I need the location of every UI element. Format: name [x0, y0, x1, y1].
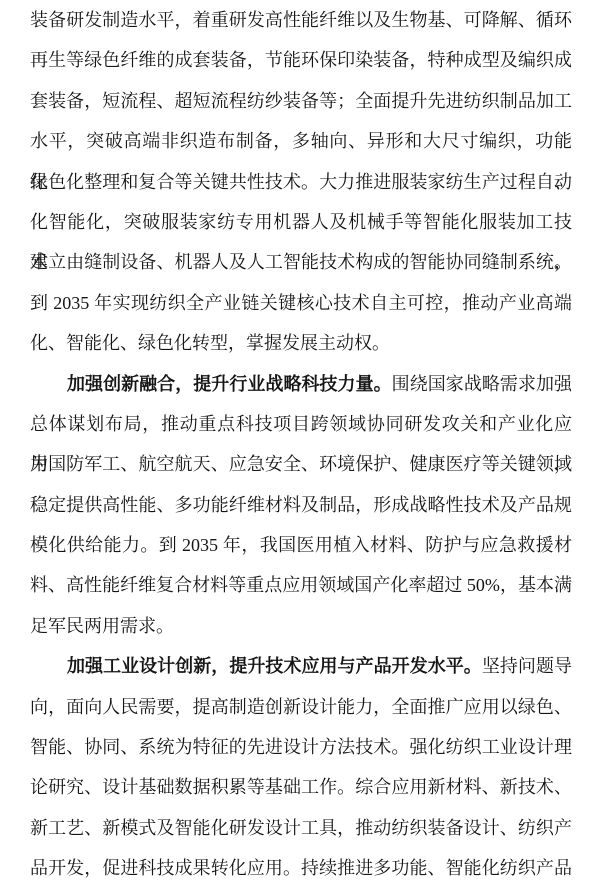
text-line: 加强工业设计创新，提升技术应用与产品开发水平。坚持问题导	[30, 646, 572, 686]
text-line: 稳定提供高性能、多功能纤维材料及制品，形成战略性技术及产品规	[30, 485, 572, 525]
text-line: 论研究、设计基础数据积累等基础工作。综合应用新材料、新技术、	[30, 767, 572, 807]
text-line: 向，面向人民需要，提高制造创新设计能力，全面推广应用以绿色、	[30, 687, 572, 727]
text-run: 到 2035 年实现纺织全产业链关键核心技术自主可控，推动产业高端	[30, 293, 572, 313]
text-line: 智能、协同、系统为特征的先进设计方法技术。强化纺织工业设计理	[30, 727, 572, 767]
text-line: 总体谋划布局，推动重点科技项目跨领域协同研发攻关和产业化应用，	[30, 404, 572, 444]
text-run: 模化供给能力。到 2035 年，我国医用植入材料、防护与应急救援材	[30, 535, 572, 555]
text-run: 向，面向人民需要，提高制造创新设计能力，全面推广应用以绿色、	[30, 697, 572, 717]
text-run: 再生等绿色纤维的成套装备，节能环保印染装备，特种成型及编织成	[30, 50, 572, 70]
document-body: 装备研发制造水平，着重研发高性能纤维以及生物基、可降解、循环再生等绿色纤维的成套…	[30, 0, 572, 889]
bold-lead-run: 加强工业设计创新，提升技术应用与产品开发水平。	[67, 656, 482, 676]
text-run: 智能、协同、系统为特征的先进设计方法技术。强化纺织工业设计理	[30, 737, 572, 757]
text-run: 围绕国家战略需求加强	[392, 374, 572, 394]
text-run: 装备研发制造水平，着重研发高性能纤维以及生物基、可降解、循环	[30, 10, 572, 30]
text-line: 化、智能化、绿色化转型，掌握发展主动权。	[30, 323, 572, 363]
text-run: 稳定提供高性能、多功能纤维材料及制品，形成战略性技术及产品规	[30, 495, 572, 515]
text-line: 化智能化，突破服装家纺专用机器人及机械手等智能化服装加工技术，	[30, 202, 572, 242]
document-page: 装备研发制造水平，着重研发高性能纤维以及生物基、可降解、循环再生等绿色纤维的成套…	[0, 0, 600, 891]
text-line: 加强创新融合，提升行业战略科技力量。围绕国家战略需求加强	[30, 364, 572, 404]
text-line: 绿色化整理和复合等关键共性技术。大力推进服装家纺生产过程自动	[30, 162, 572, 202]
text-line: 料、高性能纤维复合材料等重点应用领域国产化率超过 50%，基本满	[30, 565, 572, 605]
text-run: 坚持问题导	[482, 656, 572, 676]
text-line: 装备研发制造水平，着重研发高性能纤维以及生物基、可降解、循环	[30, 0, 572, 40]
text-line: 水平，突破高端非织造布制备，多轴向、异形和大尺寸编织，功能化、	[30, 121, 572, 161]
text-run: 绿色化整理和复合等关键共性技术。大力推进服装家纺生产过程自动	[30, 172, 572, 192]
text-line: 为国防军工、航空航天、应急安全、环境保护、健康医疗等关键领域	[30, 444, 572, 484]
bold-lead-run: 加强创新融合，提升行业战略科技力量。	[67, 374, 392, 394]
text-line: 新工艺、新模式及智能化研发设计工具，推动纺织装备设计、纺织产	[30, 808, 572, 848]
text-run: 品开发，促进科技成果转化应用。持续推进多功能、智能化纺织产品	[30, 858, 572, 878]
text-run: 料、高性能纤维复合材料等重点应用领域国产化率超过 50%，基本满	[30, 575, 572, 595]
text-run: 套装备，短流程、超短流程纺纱装备等；全面提升先进纺织制品加工	[30, 91, 572, 111]
text-run: 建立由缝制设备、机器人及人工智能技术构成的智能协同缝制系统。	[30, 252, 572, 272]
text-line: 模化供给能力。到 2035 年，我国医用植入材料、防护与应急救援材	[30, 525, 572, 565]
text-run: 足军民两用需求。	[30, 616, 174, 636]
text-line: 套装备，短流程、超短流程纺纱装备等；全面提升先进纺织制品加工	[30, 81, 572, 121]
text-line: 到 2035 年实现纺织全产业链关键核心技术自主可控，推动产业高端	[30, 283, 572, 323]
text-line: 品开发，促进科技成果转化应用。持续推进多功能、智能化纺织产品	[30, 848, 572, 888]
text-line: 再生等绿色纤维的成套装备，节能环保印染装备，特种成型及编织成	[30, 40, 572, 80]
text-line: 足军民两用需求。	[30, 606, 572, 646]
text-line: 建立由缝制设备、机器人及人工智能技术构成的智能协同缝制系统。	[30, 242, 572, 282]
text-run: 新工艺、新模式及智能化研发设计工具，推动纺织装备设计、纺织产	[30, 818, 572, 838]
text-run: 论研究、设计基础数据积累等基础工作。综合应用新材料、新技术、	[30, 777, 572, 797]
text-run: 为国防军工、航空航天、应急安全、环境保护、健康医疗等关键领域	[30, 454, 572, 474]
text-run: 化、智能化、绿色化转型，掌握发展主动权。	[30, 333, 390, 353]
